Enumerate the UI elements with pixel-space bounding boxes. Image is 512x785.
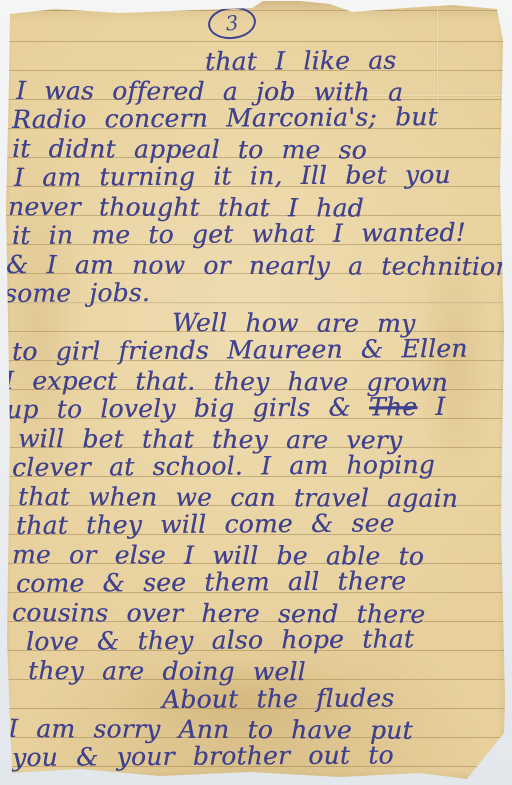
handwriting-line: that I like as xyxy=(205,46,396,76)
handwriting-text: that I like asI was offered a job with a… xyxy=(0,0,512,785)
struck-word: The xyxy=(369,392,417,421)
handwriting-line: to girl friends Maureen & Ellen xyxy=(12,334,468,366)
handwriting-line: you & your brother out to xyxy=(12,740,394,772)
handwriting-segment: you & your brother out to xyxy=(12,740,394,772)
handwriting-line: & I am now or nearly a technitions xyxy=(6,250,512,281)
handwriting-line: I am turning it in, Ill bet you xyxy=(14,160,451,192)
handwriting-line: clever at school. I am hoping xyxy=(12,450,435,482)
handwriting-line: About the fludes xyxy=(162,683,394,714)
handwriting-segment: it in me to get what I wanted! xyxy=(12,218,466,250)
handwriting-line: come & see them all there xyxy=(16,566,406,598)
handwriting-segment: they are doing well xyxy=(28,656,306,686)
letter-page: 3 that I like asI was offered a job with… xyxy=(0,0,512,785)
handwriting-segment: some jobs. xyxy=(4,278,150,308)
handwriting-segment: to girl friends Maureen & Ellen xyxy=(12,334,468,366)
handwriting-segment: that they will come & see xyxy=(16,508,395,540)
handwriting-line: some jobs. xyxy=(4,278,150,308)
handwriting-line: love & they also hope that xyxy=(26,624,414,656)
handwriting-segment: About the fludes xyxy=(162,683,394,714)
handwriting-segment: I am turning it in, Ill bet you xyxy=(14,160,451,192)
handwriting-line: up to lovely big girls & The I xyxy=(6,392,446,424)
handwriting-segment: up to lovely big girls & xyxy=(6,392,369,424)
handwriting-line: they are doing well xyxy=(28,656,306,686)
handwriting-segment: clever at school. I am hoping xyxy=(12,450,435,482)
handwriting-line: it in me to get what I wanted! xyxy=(12,218,466,250)
handwriting-segment: & I am now or nearly a technitions xyxy=(6,250,512,281)
handwriting-segment: love & they also hope that xyxy=(26,624,414,656)
handwriting-segment: I xyxy=(417,392,445,421)
handwriting-segment: Radio concern Marconia's; but xyxy=(12,102,438,134)
scan-background: 3 that I like asI was offered a job with… xyxy=(0,0,512,785)
handwriting-line: that they will come & see xyxy=(16,508,395,540)
handwriting-segment: that I like as xyxy=(205,46,396,76)
handwriting-segment: come & see them all there xyxy=(16,566,406,598)
handwriting-line: Radio concern Marconia's; but xyxy=(12,102,438,134)
